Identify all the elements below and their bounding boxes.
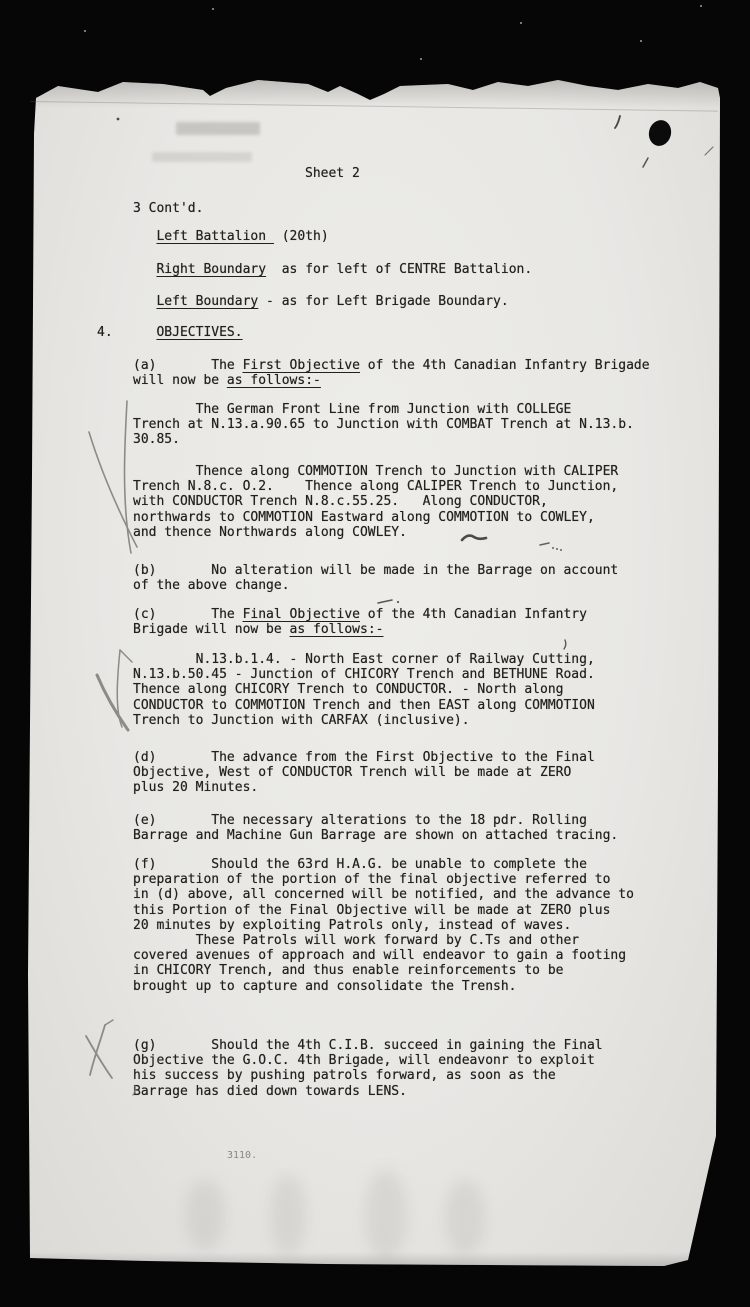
dust-speck bbox=[212, 8, 214, 10]
text-line: Left Boundary - as for Left Brigade Boun… bbox=[133, 294, 509, 309]
paragraph-thence: Thence along COMMOTION Trench to Junctio… bbox=[133, 464, 618, 540]
text-line: These Patrols will work forward by C.Ts … bbox=[133, 933, 634, 948]
text-line: (e) The necessary alterations to the 18 … bbox=[133, 813, 618, 828]
text-line: (b) No alteration will be made in the Ba… bbox=[133, 563, 618, 578]
smudge bbox=[185, 1180, 225, 1250]
text-line: his success by pushing patrols forward, … bbox=[133, 1068, 603, 1083]
text-line: Left Battalion (20th) bbox=[133, 229, 329, 244]
text-line: covered avenues of approach and will end… bbox=[133, 948, 634, 963]
text-line: N.13.b.1.4. - North East corner of Railw… bbox=[133, 652, 595, 667]
text-line: Barrage has died down towards LENS. bbox=[133, 1084, 603, 1099]
text-line: plus 20 Minutes. bbox=[133, 780, 595, 795]
text-line: (f) Should the 63rd H.A.G. be unable to … bbox=[133, 857, 634, 872]
smudge bbox=[445, 1180, 485, 1255]
text-line: OBJECTIVES. bbox=[133, 325, 243, 340]
text-line: 20 minutes by exploiting Patrols only, i… bbox=[133, 918, 634, 933]
text-line: brought up to capture and consolidate th… bbox=[133, 979, 634, 994]
right-boundary-line: Right Boundary as for left of CENTRE Bat… bbox=[133, 262, 532, 277]
left-boundary-line: Left Boundary - as for Left Brigade Boun… bbox=[133, 294, 509, 309]
text-line: (d) The advance from the First Objective… bbox=[133, 750, 595, 765]
section-number: 4. bbox=[97, 325, 113, 340]
dust-speck bbox=[84, 30, 86, 32]
text-line: Barrage and Machine Gun Barrage are show… bbox=[133, 828, 618, 843]
objectives-heading: OBJECTIVES. bbox=[133, 325, 243, 340]
paragraph-e: (e) The necessary alterations to the 18 … bbox=[133, 813, 618, 843]
smudge bbox=[270, 1175, 306, 1255]
text-line: with CONDUCTOR Trench N.8.c.55.25. Along… bbox=[133, 494, 618, 509]
text-line: Trench N.8.c. O.2. Thence along CALIPER … bbox=[133, 479, 618, 494]
text-line: The German Front Line from Junction with… bbox=[133, 402, 634, 417]
scanned-document: Sheet 2 3 Cont'd. Left Battalion (20th) … bbox=[0, 0, 750, 1307]
text-line: N.13.b.50.45 - Junction of CHICORY Trenc… bbox=[133, 667, 595, 682]
paragraph-b: (b) No alteration will be made in the Ba… bbox=[133, 563, 618, 593]
text-line: this Portion of the Final Objective will… bbox=[133, 903, 634, 918]
text-line: of the above change. bbox=[133, 578, 618, 593]
text-line: 30.85. bbox=[133, 432, 634, 447]
text-line: northwards to COMMOTION Eastward along C… bbox=[133, 510, 618, 525]
smudge bbox=[365, 1170, 407, 1260]
dust-speck bbox=[640, 40, 642, 42]
text-line: and thence Northwards along COWLEY. bbox=[133, 525, 618, 540]
sheet-number: Sheet 2 bbox=[305, 166, 360, 181]
bleed-through-text bbox=[176, 122, 260, 135]
faint-number: 3110. bbox=[227, 1150, 257, 1161]
dust-speck bbox=[420, 58, 422, 60]
left-battalion-heading: Left Battalion (20th) bbox=[133, 229, 329, 244]
continuation-label: 3 Cont'd. bbox=[133, 201, 203, 216]
text-line: (c) The Final Objective of the 4th Canad… bbox=[133, 607, 587, 622]
paragraph-c: (c) The Final Objective of the 4th Canad… bbox=[133, 607, 587, 637]
text-line: in (d) above, all concerned will be noti… bbox=[133, 887, 634, 902]
paragraph-g: (g) Should the 4th C.I.B. succeed in gai… bbox=[133, 1038, 603, 1099]
text-line: (a) The First Objective of the 4th Canad… bbox=[133, 358, 650, 373]
text-line: Trench at N.13.a.90.65 to Junction with … bbox=[133, 417, 634, 432]
text-line: (g) Should the 4th C.I.B. succeed in gai… bbox=[133, 1038, 603, 1053]
text-line: in CHICORY Trench, and thus enable reinf… bbox=[133, 963, 634, 978]
text-line: Objective, West of CONDUCTOR Trench will… bbox=[133, 765, 595, 780]
dust-speck bbox=[700, 5, 702, 7]
dust-speck bbox=[520, 22, 522, 24]
paragraph-german-front-line: The German Front Line from Junction with… bbox=[133, 402, 634, 448]
text-line: Objective the G.O.C. 4th Brigade, will e… bbox=[133, 1053, 603, 1068]
text-line: preparation of the portion of the final … bbox=[133, 872, 634, 887]
paragraph-final-objective: N.13.b.1.4. - North East corner of Railw… bbox=[133, 652, 595, 728]
text-line: Right Boundary as for left of CENTRE Bat… bbox=[133, 262, 532, 277]
text-line: Brigade will now be as follows:- bbox=[133, 622, 587, 637]
paragraph-f: (f) Should the 63rd H.A.G. be unable to … bbox=[133, 857, 634, 994]
text-line: Trench to Junction with CARFAX (inclusiv… bbox=[133, 713, 595, 728]
paragraph-a: (a) The First Objective of the 4th Canad… bbox=[133, 358, 650, 388]
text-line: 3 Cont'd. bbox=[133, 201, 203, 216]
text-line: Thence along CHICORY Trench to CONDUCTOR… bbox=[133, 682, 595, 697]
text-line: will now be as follows:- bbox=[133, 373, 650, 388]
bleed-through-text bbox=[152, 152, 252, 162]
paragraph-d: (d) The advance from the First Objective… bbox=[133, 750, 595, 796]
text-line: Thence along COMMOTION Trench to Junctio… bbox=[133, 464, 618, 479]
text-line: CONDUCTOR to COMMOTION Trench and then E… bbox=[133, 698, 595, 713]
